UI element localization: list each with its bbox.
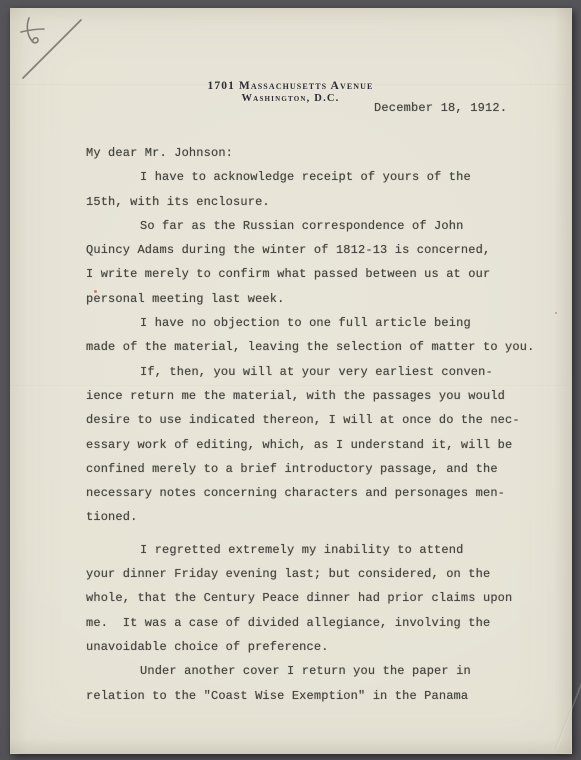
letter-line: Quincy Adams during the winter of 1812-1… [86, 238, 551, 262]
letter-line: 15th, with its enclosure. [86, 190, 551, 214]
letter-line: I have no objection to one full article … [86, 311, 551, 335]
letter-page: 1701 Massachusetts Avenue Washington, D.… [10, 8, 572, 754]
letter-line: Under another cover I return you the pap… [86, 659, 551, 683]
letter-line: necessary notes concerning characters an… [86, 481, 551, 505]
letter-body: My dear Mr. Johnson:I have to acknowledg… [86, 141, 551, 708]
letter-line: confined merely to a brief introductory … [86, 457, 551, 481]
letter-line: My dear Mr. Johnson: [86, 141, 551, 165]
letter-line: whole, that the Century Peace dinner had… [86, 586, 551, 610]
corner-crease [555, 676, 581, 750]
letter-line: made of the material, leaving the select… [86, 335, 551, 359]
letter-line: desire to use indicated thereon, I will … [86, 408, 551, 432]
letter-line: So far as the Russian correspondence of … [86, 214, 551, 238]
letter-line: unavoidable choice of preference. [86, 635, 551, 659]
pencil-tally-crossbar-icon [21, 29, 44, 32]
letter-line: relation to the "Coast Wise Exemption" i… [86, 684, 551, 708]
pencil-slash-icon [23, 20, 81, 78]
letter-line: I regretted extremely my inability to at… [86, 538, 551, 562]
letter-line: your dinner Friday evening last; but con… [86, 562, 551, 586]
red-ink-speck-left [94, 290, 97, 293]
letter-line: essary work of editing, which, as I unde… [86, 433, 551, 457]
letter-line: me. It was a case of divided allegiance,… [86, 611, 551, 635]
red-ink-speck-right [555, 312, 557, 314]
letter-line: ience return me the material, with the p… [86, 384, 551, 408]
letter-line: I have to acknowledge receipt of yours o… [86, 165, 551, 189]
letter-line: personal meeting last week. [86, 287, 551, 311]
letter-line: tioned. [86, 505, 551, 529]
letterhead-address: 1701 Massachusetts Avenue [10, 81, 571, 92]
letter-line: I write merely to confirm what passed be… [86, 262, 551, 286]
letter-line: If, then, you will at your very earliest… [86, 360, 551, 384]
date-line: December 18, 1912. [374, 101, 507, 115]
